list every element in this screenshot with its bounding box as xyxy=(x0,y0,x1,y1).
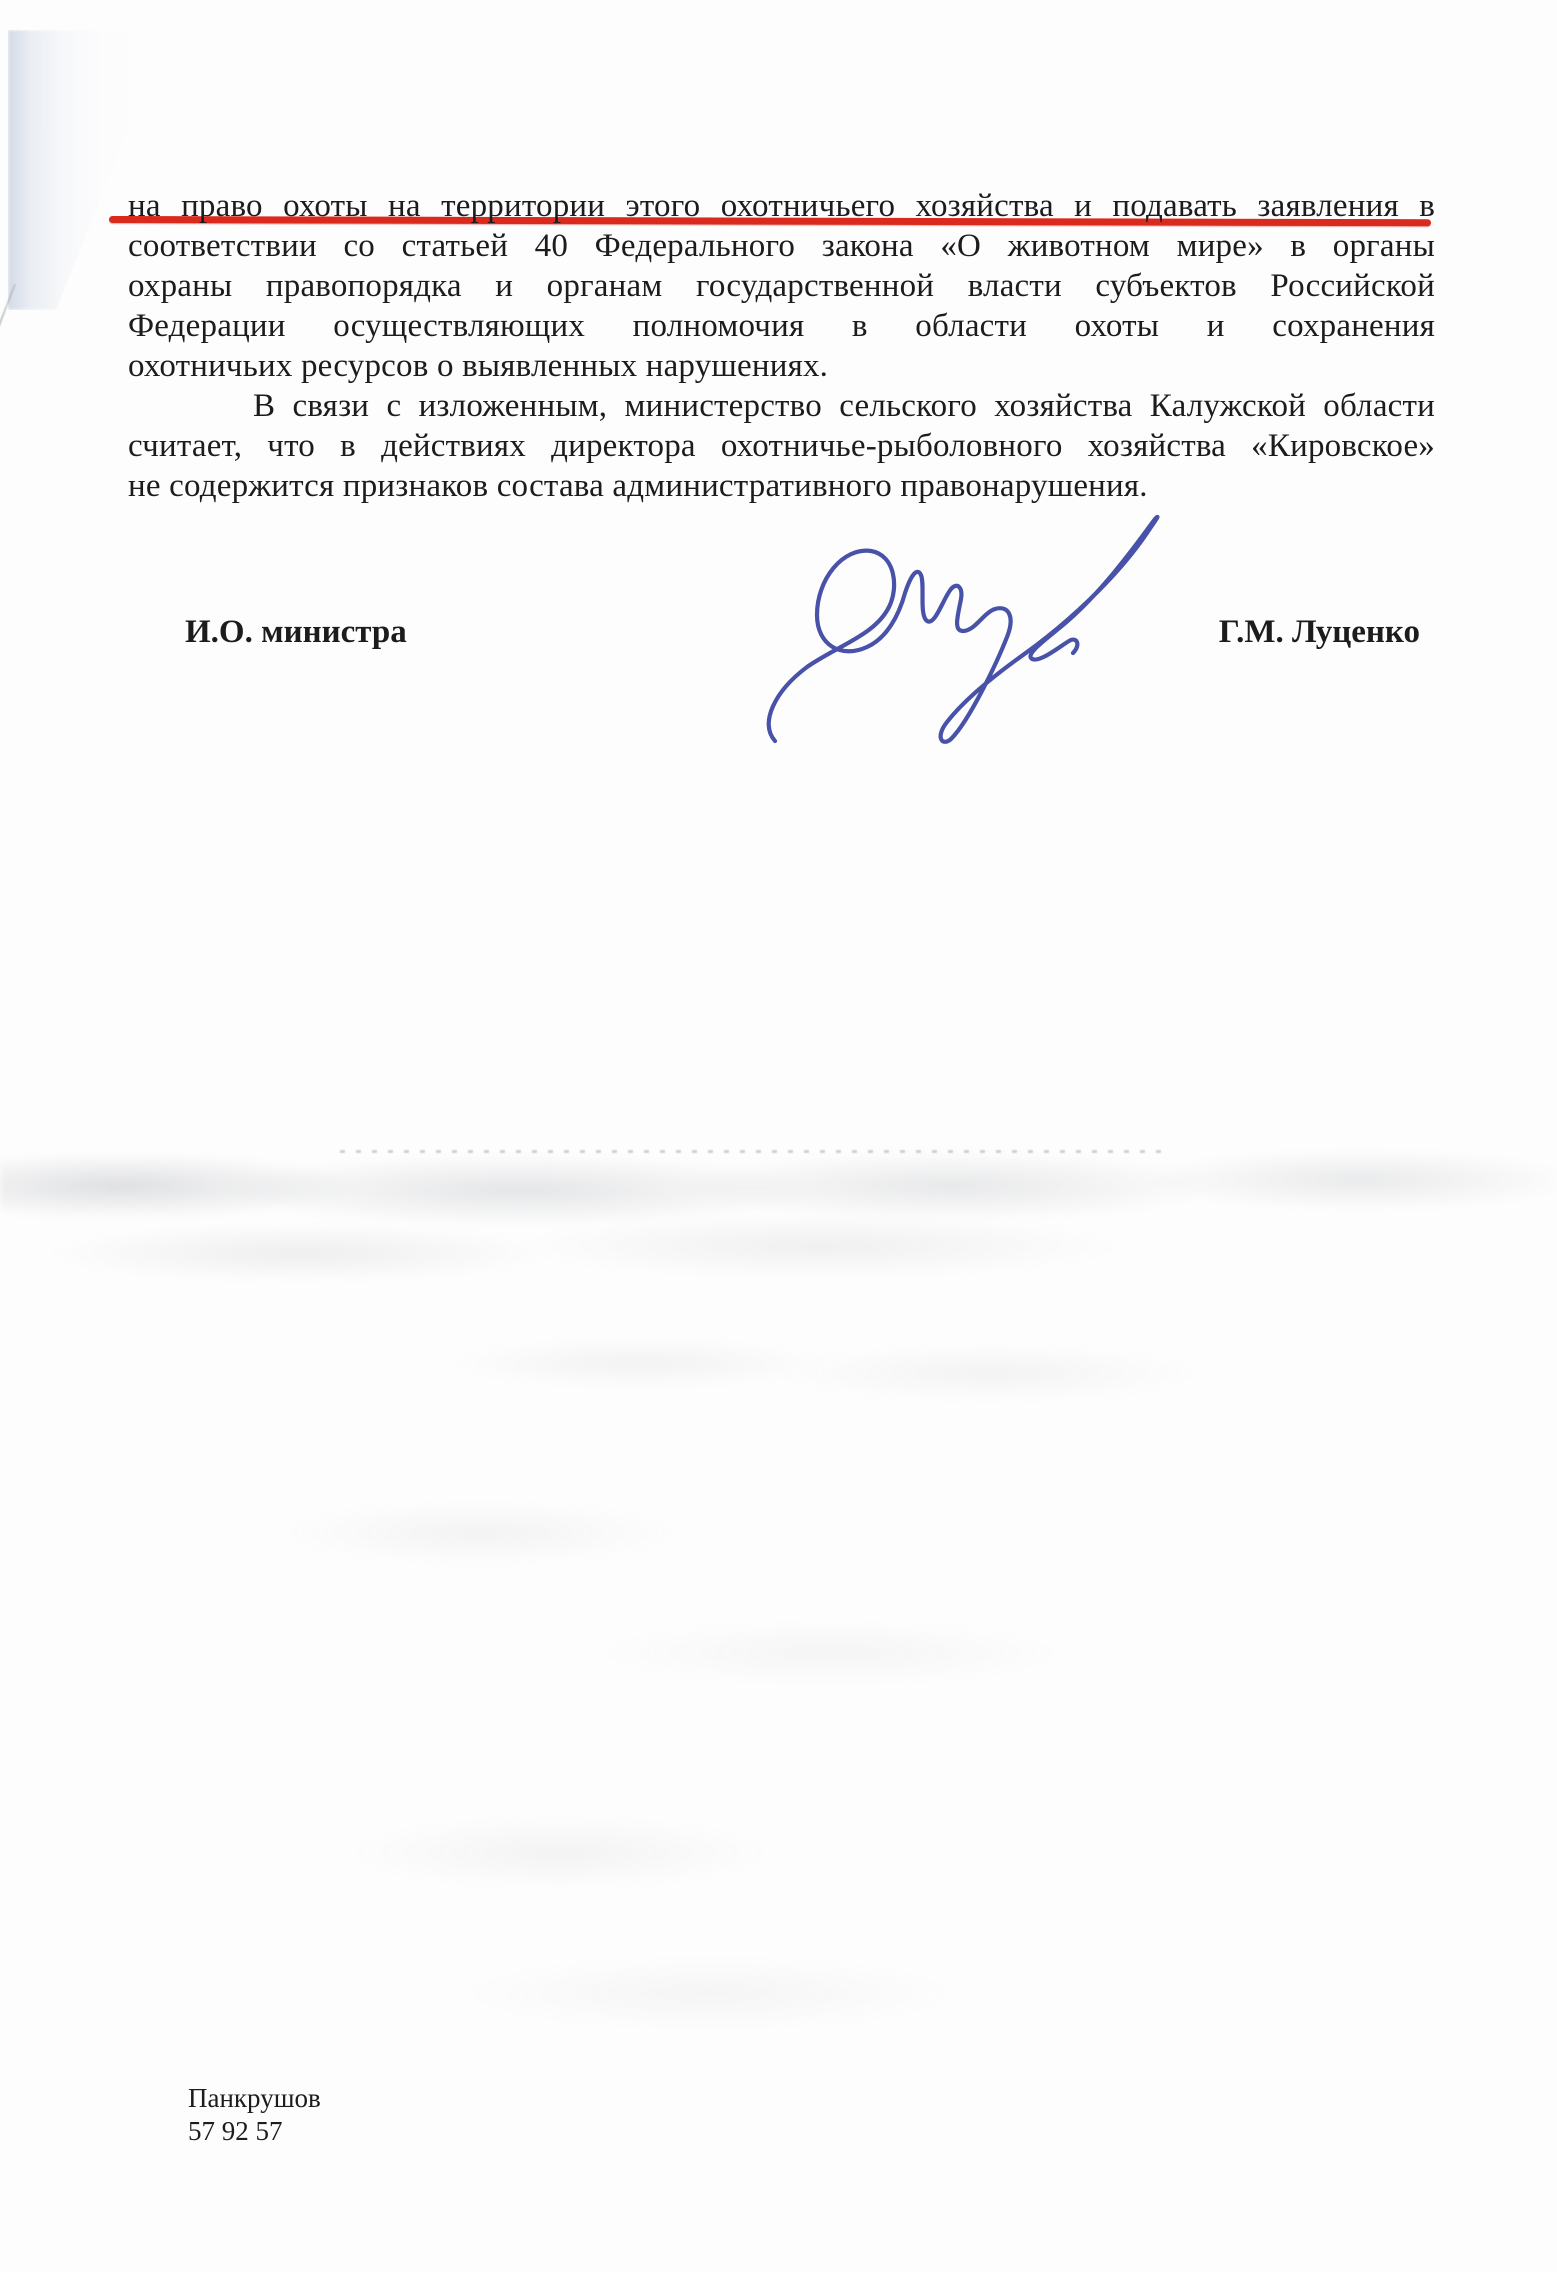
paragraph2-line2: считает, что в действиях директора охотн… xyxy=(128,426,1435,466)
paragraph1-line4: Федерации осуществляющих полномочия в об… xyxy=(128,306,1435,346)
scan-speck-line xyxy=(340,1150,1170,1153)
handwritten-signature xyxy=(755,495,1175,765)
reverse-side-bleedthrough xyxy=(0,1128,1557,2088)
signatory-name: Г.М. Луценко xyxy=(1219,610,1420,654)
scanned-letter-page: на право охоты на территории этого охотн… xyxy=(0,0,1557,2272)
acting-minister-label: И.О. министра xyxy=(185,610,407,654)
paragraph1-line5: охотничьих ресурсов о выявленных нарушен… xyxy=(128,346,1435,386)
paragraph1-line3: охраны правопорядка и органам государств… xyxy=(128,266,1435,306)
paragraph1-line1: на право охоты на территории этого охотн… xyxy=(128,186,1435,226)
letter-body: на право охоты на территории этого охотн… xyxy=(128,186,1435,506)
footer-contact-name: Панкрушов xyxy=(188,2082,321,2115)
paragraph2-line1: В связи с изложенным, министерство сельс… xyxy=(128,386,1435,426)
footer-phone: 57 92 57 xyxy=(188,2115,321,2148)
footer-contact: Панкрушов 57 92 57 xyxy=(188,2082,321,2148)
paragraph1-line2: соответствии со статьей 40 Федерального … xyxy=(128,226,1435,266)
